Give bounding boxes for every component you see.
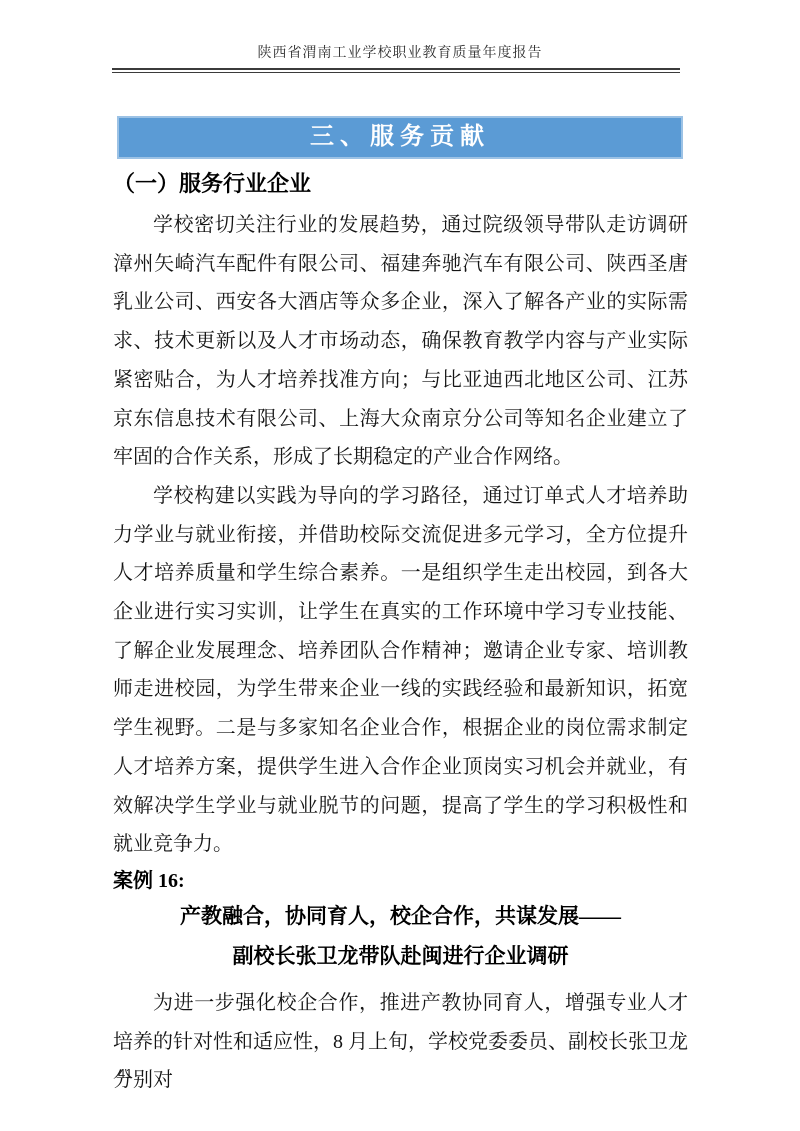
header-title: 陕西省渭南工业学校职业教育质量年度报告 (0, 0, 800, 63)
case-title-line1: 产教融合，协同育人，校企合作，共谋发展—— (113, 896, 688, 936)
page-footer: 41 (118, 1066, 132, 1081)
paragraph-industry-research: 学校密切关注行业的发展趋势，通过院级领导带队走访调研漳州矢崎汽车配件有限公司、福… (113, 206, 688, 477)
page-number: 41 (118, 1066, 132, 1081)
page-header: 陕西省渭南工业学校职业教育质量年度报告 (0, 0, 800, 73)
section-banner-title: 三、服务贡献 (310, 124, 490, 150)
case-title-line2: 副校长张卫龙带队赴闽进行企业调研 (113, 936, 688, 976)
header-divider (112, 68, 680, 73)
section-banner: 三、服务贡献 (117, 116, 683, 159)
body-content: 学校密切关注行业的发展趋势，通过院级领导带队走访调研漳州矢崎汽车配件有限公司、福… (113, 206, 688, 1100)
document-page: 陕西省渭南工业学校职业教育质量年度报告 三、服务贡献 （一）服务行业企业 学校密… (0, 0, 800, 1131)
case-body-paragraph: 为进一步强化校企合作，推进产教协同育人，增强专业人才培养的针对性和适应性，8 月… (113, 984, 688, 1100)
case-label: 案例 16: (113, 866, 688, 896)
paragraph-practice-learning: 学校构建以实践为导向的学习路径，通过订单式人才培养助力学业与就业衔接，并借助校际… (113, 477, 688, 864)
subsection-heading: （一）服务行业企业 (113, 170, 688, 198)
